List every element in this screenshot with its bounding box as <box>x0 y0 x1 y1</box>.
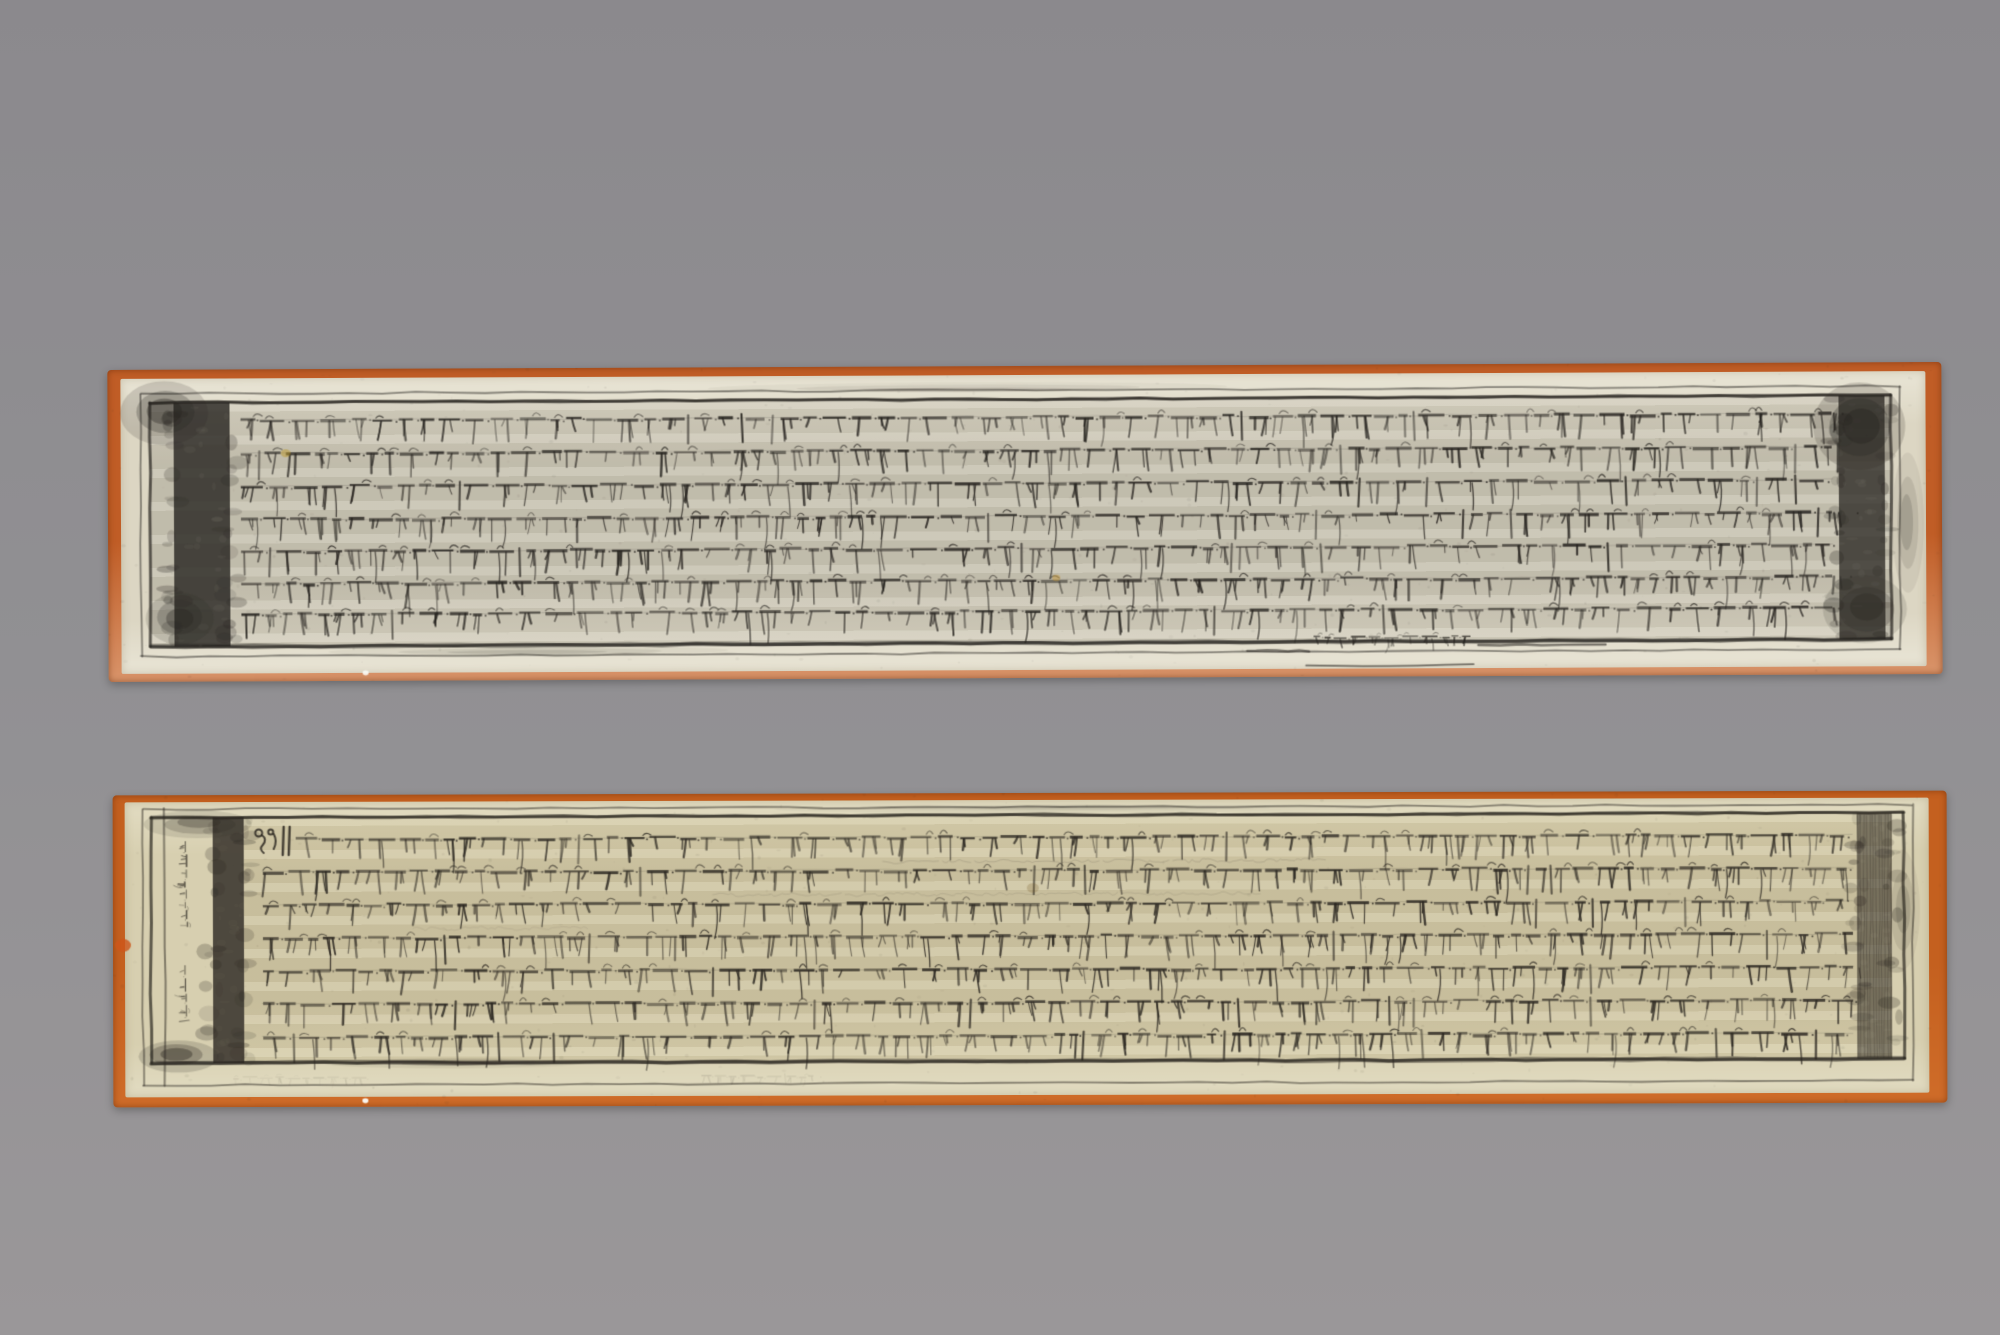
lower-leaf-woodblock-print <box>113 791 1948 1108</box>
upper-leaf-woodblock-print <box>107 362 1942 682</box>
photo-scene: Photograph of two oblong leaves of a Tib… <box>0 0 2000 1335</box>
upper-leaf <box>107 362 1942 682</box>
lower-leaf <box>113 791 1948 1108</box>
